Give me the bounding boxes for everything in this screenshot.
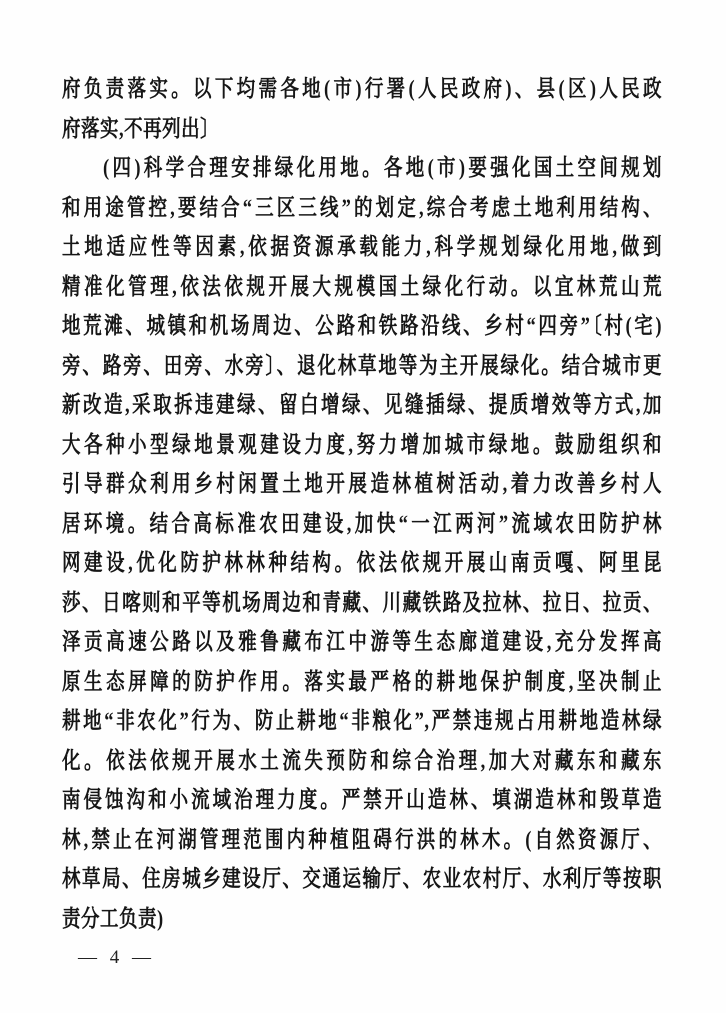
page-footer: — 4 — [78, 944, 152, 972]
body-text: 府负责落实。以下均需各地(市)行署(人民政府)、县(区)人民政 府落实,不再列出… [62, 71, 662, 940]
document-page: 府负责落实。以下均需各地(市)行署(人民政府)、县(区)人民政 府落实,不再列出… [0, 0, 726, 1013]
text-line: 责分工负责) [62, 896, 662, 945]
page-number: — 4 — [78, 947, 152, 968]
